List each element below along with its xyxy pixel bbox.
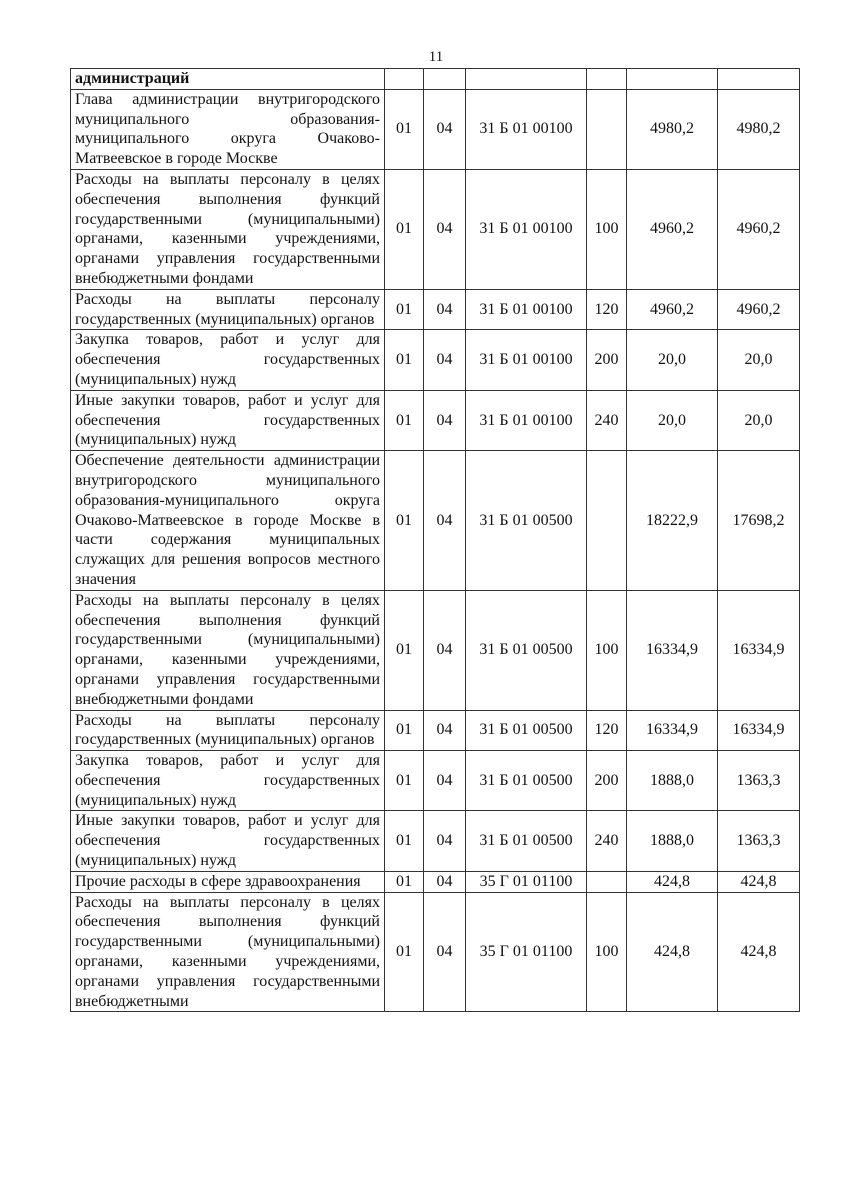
subsection-cell: 04 [424,710,466,751]
section-cell: 01 [385,390,424,450]
amount-year1-cell: 16334,9 [627,590,718,710]
subsection-cell: 04 [424,811,466,871]
target-article-cell: 31 Б 01 00100 [466,169,587,289]
target-article-cell: 35 Г 01 01100 [466,871,587,892]
subsection-cell: 04 [424,169,466,289]
expense-type-cell: 120 [587,710,627,751]
description-text: Расходы на выплаты персоналу в целях обе… [75,893,380,1011]
amount-year2-cell: 20,0 [718,390,800,450]
amount-year2-cell [718,69,800,90]
expense-type-cell: 200 [587,330,627,390]
table-row: Расходы на выплаты персоналу государстве… [71,289,800,330]
expense-type-cell: 120 [587,289,627,330]
table-row: Глава администрации внутригородского мун… [71,89,800,169]
expense-type-cell [587,451,627,591]
target-article-cell: 31 Б 01 00100 [466,89,587,169]
subsection-cell: 04 [424,330,466,390]
expense-type-cell: 100 [587,892,627,1011]
section-cell: 01 [385,871,424,892]
expense-type-cell [587,89,627,169]
table-row: Прочие расходы в сфере здравоохранения01… [71,871,800,892]
expense-type-cell [587,871,627,892]
amount-year1-cell: 20,0 [627,390,718,450]
description-cell: Иные закупки товаров, работ и услуг для … [71,390,385,450]
table-row: Закупка товаров, работ и услуг для обесп… [71,330,800,390]
table-row: Закупка товаров, работ и услуг для обесп… [71,751,800,811]
section-cell: 01 [385,89,424,169]
amount-year1-cell: 4960,2 [627,169,718,289]
section-cell: 01 [385,751,424,811]
target-article-cell: 31 Б 01 00100 [466,289,587,330]
section-cell: 01 [385,710,424,751]
description-cell: Расходы на выплаты персоналу в целях обе… [71,590,385,710]
target-article-cell: 31 Б 01 00500 [466,451,587,591]
subsection-cell [424,69,466,90]
target-article-cell: 31 Б 01 00500 [466,811,587,871]
description-cell: Глава администрации внутригородского мун… [71,89,385,169]
budget-table: администрацийГлава администрации внутриг… [70,68,800,1012]
target-article-cell: 31 Б 01 00100 [466,330,587,390]
section-cell: 01 [385,892,424,1011]
expense-type-cell: 100 [587,590,627,710]
amount-year2-cell: 4960,2 [718,289,800,330]
expense-type-cell [587,69,627,90]
target-article-cell: 31 Б 01 00500 [466,710,587,751]
amount-year1-cell [627,69,718,90]
description-cell: Расходы на выплаты персоналу государстве… [71,289,385,330]
amount-year1-cell: 4980,2 [627,89,718,169]
amount-year2-cell: 20,0 [718,330,800,390]
expense-type-cell: 200 [587,751,627,811]
target-article-cell: 31 Б 01 00500 [466,751,587,811]
subsection-cell: 04 [424,390,466,450]
subsection-cell: 04 [424,751,466,811]
target-article-cell: 31 Б 01 00500 [466,590,587,710]
target-article-cell: 35 Г 01 01100 [466,892,587,1011]
amount-year2-cell: 424,8 [718,892,800,1011]
table-row: Расходы на выплаты персоналу государстве… [71,710,800,751]
description-cell: Закупка товаров, работ и услуг для обесп… [71,751,385,811]
section-cell: 01 [385,289,424,330]
table-row: Иные закупки товаров, работ и услуг для … [71,390,800,450]
page-number: 11 [424,48,448,66]
subsection-cell: 04 [424,590,466,710]
amount-year1-cell: 18222,9 [627,451,718,591]
target-article-cell: 31 Б 01 00100 [466,390,587,450]
table-row: администраций [71,69,800,90]
subsection-cell: 04 [424,289,466,330]
description-cell: Закупка товаров, работ и услуг для обесп… [71,330,385,390]
table-row: Расходы на выплаты персоналу в целях обе… [71,590,800,710]
section-cell: 01 [385,330,424,390]
amount-year2-cell: 424,8 [718,871,800,892]
amount-year2-cell: 16334,9 [718,710,800,751]
description-cell: Расходы на выплаты персоналу в целях обе… [71,169,385,289]
description-cell: Обеспечение деятельности администрации в… [71,451,385,591]
expense-type-cell: 100 [587,169,627,289]
expense-type-cell: 240 [587,390,627,450]
description-cell: Прочие расходы в сфере здравоохранения [71,871,385,892]
table-row: Иные закупки товаров, работ и услуг для … [71,811,800,871]
subsection-cell: 04 [424,89,466,169]
table-row: Обеспечение деятельности администрации в… [71,451,800,591]
section-cell: 01 [385,811,424,871]
section-cell: 01 [385,451,424,591]
amount-year2-cell: 4960,2 [718,169,800,289]
target-article-cell [466,69,587,90]
amount-year2-cell: 4980,2 [718,89,800,169]
amount-year2-cell: 16334,9 [718,590,800,710]
amount-year2-cell: 1363,3 [718,811,800,871]
description-cell: Расходы на выплаты персоналу государстве… [71,710,385,751]
amount-year1-cell: 1888,0 [627,751,718,811]
amount-year1-cell: 16334,9 [627,710,718,751]
section-cell [385,69,424,90]
expense-type-cell: 240 [587,811,627,871]
section-cell: 01 [385,590,424,710]
description-cell: Расходы на выплаты персоналу в целях обе… [71,892,385,1011]
amount-year2-cell: 1363,3 [718,751,800,811]
amount-year1-cell: 424,8 [627,871,718,892]
description-cell: Иные закупки товаров, работ и услуг для … [71,811,385,871]
amount-year1-cell: 20,0 [627,330,718,390]
amount-year1-cell: 424,8 [627,892,718,1011]
table-row: Расходы на выплаты персоналу в целях обе… [71,892,800,1011]
subsection-cell: 04 [424,871,466,892]
table-row: Расходы на выплаты персоналу в целях обе… [71,169,800,289]
amount-year2-cell: 17698,2 [718,451,800,591]
subsection-cell: 04 [424,451,466,591]
section-cell: 01 [385,169,424,289]
amount-year1-cell: 4960,2 [627,289,718,330]
amount-year1-cell: 1888,0 [627,811,718,871]
subsection-cell: 04 [424,892,466,1011]
description-cell: администраций [71,69,385,90]
